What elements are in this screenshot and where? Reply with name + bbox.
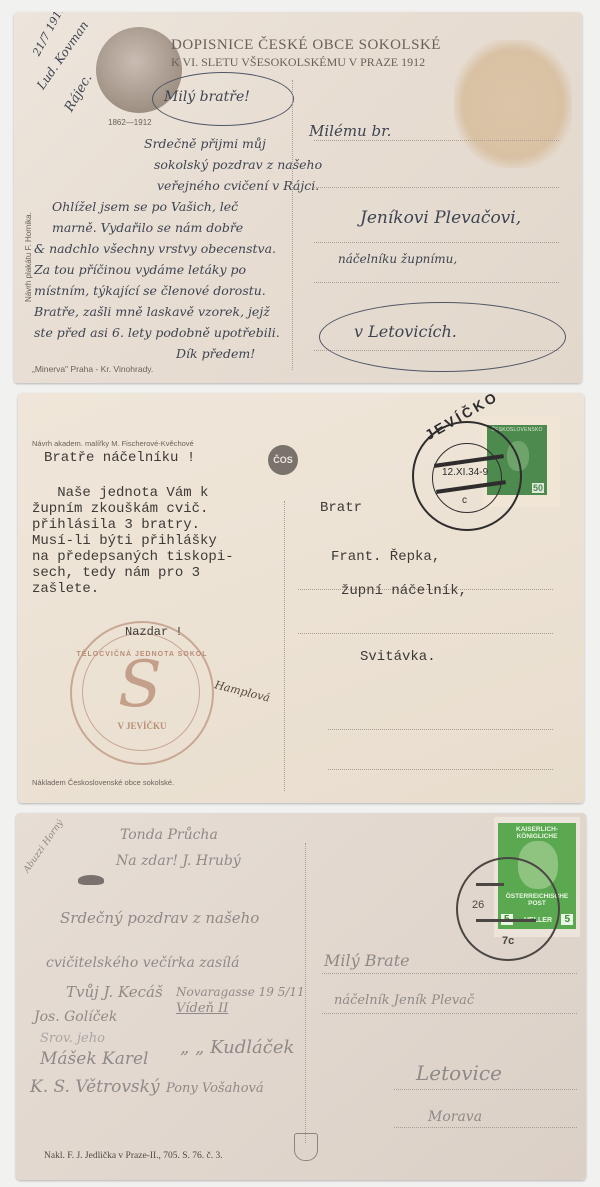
divider-line [305, 843, 306, 1143]
divider-line [284, 501, 285, 791]
address-line-3: Letovice [416, 1061, 502, 1085]
postmark: JEVÍČKO 12.XI.34-9 c [412, 421, 522, 531]
divider-line [292, 80, 293, 370]
message-line: & nadchlo všechny vrstvy obecenstva. [34, 241, 276, 256]
address-line-2: Jeníkovi Plevačovi, [360, 208, 521, 228]
address-line [394, 1127, 577, 1128]
address-line [394, 1089, 577, 1090]
message-line: Dík předem! [176, 346, 255, 361]
message-line: župním zkouškám cvič. [32, 501, 208, 517]
cos-logo: ČOS [268, 445, 298, 475]
message-line: Ohlížel jsem se po Vašich, leč [52, 199, 238, 214]
signature: Hamplová [213, 678, 271, 704]
publisher: Nákladem Československé obce sokolské. [32, 778, 174, 787]
message-line: Bratře, zašli mně laskavě vzorek, jejž [34, 304, 270, 319]
address-line-1: Milý Brate [324, 951, 410, 970]
postcard-jevicko: Návrh akadem. malířky M. Fischerové-Kvěc… [18, 393, 584, 803]
salutation: Bratře náčelníku ! [44, 450, 195, 466]
water-stain [454, 40, 572, 168]
message-line-1: Srdečný pozdrav z našeho [60, 909, 259, 927]
message-line: přihlásila 3 bratry. [32, 517, 200, 533]
address-line-2: Frant. Řepka, [331, 549, 440, 565]
address-line [328, 769, 553, 770]
message-line: Za tou příčinou vydáme letáky po [34, 262, 246, 277]
signature: Novaragasse 19 5/11 [176, 985, 305, 999]
address-line-1: Bratr [320, 500, 362, 516]
message-line: zašlete. [32, 581, 99, 597]
message-line: sech, tedy nám pro 3 [32, 565, 200, 581]
address-line-3: župní náčelník, [341, 583, 467, 599]
address-line-4: Svitávka. [360, 649, 436, 665]
signature: Vídeň II [176, 1001, 228, 1016]
message-line: veřejného cvičení v Rájci. [157, 178, 319, 193]
corner-place: Rájec. [62, 72, 95, 115]
address-line-4: v Letovicích. [354, 322, 457, 341]
society-seal: TĚLOCVIČNÁ JEDNOTA SOKOL V JEVÍČKU S [70, 621, 214, 765]
postcard-vienna: Abuzzi Horný Tonda Průcha Na zdar! J. Hr… [16, 813, 586, 1180]
address-line-4: Morava [428, 1109, 482, 1125]
address-line [322, 973, 577, 974]
closing: Nazdar ! [125, 625, 183, 639]
signature: Pony Vošahová [166, 1081, 264, 1096]
address-line [298, 633, 553, 634]
publisher: Nakl. F. J. Jedlička v Praze-II., 705. S… [44, 1151, 223, 1161]
message-line: místním, týkající se členové dorostu. [34, 283, 266, 298]
design-credit: Návrh akadem. malířky M. Fischerové-Kvěc… [32, 439, 194, 448]
message-line: Naše jednota Vám k [32, 485, 208, 501]
address-line-2: náčelník Jeník Plevač [334, 993, 474, 1008]
publisher: „Minerva" Praha - Kr. Vinohrady. [32, 364, 153, 374]
signature: „ „ Kudláček [180, 1037, 294, 1058]
postcard-sokol-1912: 1862—1912 DOPISNICE ČESKÉ OBCE SOKOLSKÉ … [14, 12, 582, 383]
address-line [314, 187, 559, 188]
corner-note: Abuzzi Horný [22, 818, 66, 874]
address-line-3: náčelníku župnímu, [338, 252, 457, 266]
address-line [314, 242, 559, 243]
greeting: Milý bratře! [164, 89, 250, 105]
address-line [314, 140, 559, 141]
signature: Srov. jeho [40, 1031, 105, 1046]
message-line: marně. Vydařilo se nám dobře [52, 220, 243, 235]
postmark: 26 7c [456, 857, 560, 961]
address-line-1: Milému br. [309, 122, 391, 140]
message-line: Musí-li býti přihlášky [32, 533, 217, 549]
card-subtitle: K VI. SLETU VŠESOKOLSKÉMU V PRAZE 1912 [171, 55, 425, 70]
address-line [314, 282, 559, 283]
signature: Mášek Karel [40, 1049, 149, 1069]
signature: Jos. Golíček [34, 1009, 117, 1025]
message-line: ste před asi 6. lety podobně upotřebili. [34, 325, 280, 340]
header-line-2: Na zdar! J. Hrubý [116, 853, 241, 869]
message-line: na předepsaných tiskopi- [32, 549, 234, 565]
message-line: sokolský pozdrav z našeho [154, 157, 322, 172]
design-credit: Návrh plakátu F. Hornika. [24, 212, 33, 302]
medal-years: 1862—1912 [108, 118, 152, 127]
publisher-crest-icon [294, 1133, 318, 1161]
header-line-1: Tonda Průcha [120, 827, 218, 843]
message-line-2: cvičitelského večírka zasílá [46, 955, 239, 971]
address-line [328, 729, 553, 730]
signature: Tvůj J. Kecáš [66, 983, 163, 1001]
signature: K. S. Větrovský [30, 1077, 160, 1097]
card-title: DOPISNICE ČESKÉ OBCE SOKOLSKÉ [171, 37, 441, 54]
ink-blot [78, 875, 104, 885]
message-line: Srdečně přijmi můj [144, 136, 266, 151]
address-line [322, 1013, 577, 1014]
